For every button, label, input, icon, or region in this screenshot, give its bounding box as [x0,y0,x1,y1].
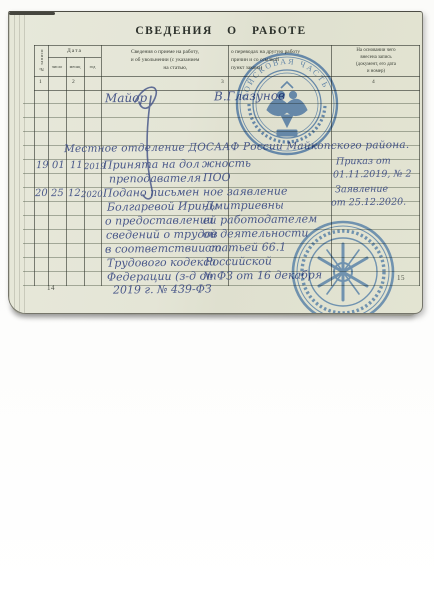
record-20-text: о предоставлении [105,213,214,227]
cover-corner-shadow [9,12,55,15]
record-20-text: сведений о трудов [106,227,218,241]
header-date: Дата [48,45,101,57]
record-19-basis: Приказ от [336,156,391,168]
record-20-text: Российской [205,255,272,269]
star-emblem-icon [319,244,367,300]
col-number-3: 3 [221,79,224,85]
record-19-text: Принята на дол [103,157,200,171]
record-20-year: 2020 [81,190,103,200]
record-20-basis: от 25.12.2020. [331,197,406,209]
grid-line [419,45,420,286]
header-record-no: № записи [34,45,48,76]
round-stamp-top: ВОЙСКОВАЯ ЧАСТЬ [231,48,343,160]
record-20-text: статьей 66.1 [205,241,286,255]
grid-line [66,57,67,286]
header-date-month: месяц [66,57,84,76]
record-20-text: ное заявление [203,184,288,198]
record-19-day: 01 [52,160,65,171]
record-19-basis: 01.11.2019, № 2 [333,169,412,181]
round-stamp-bottom [287,216,399,314]
work-record-book-spread: СВЕДЕНИЯ О РАБОТЕ № записи Дата число [8,11,423,314]
record-20-month: 12 [68,188,81,199]
record-20-text: Подано письмен [103,185,199,199]
double-eagle-emblem-icon [267,82,307,136]
header-date-year: год [84,57,101,76]
header-basis: На основании чего внесена запись (докуме… [333,46,419,76]
record-19-text: преподавателя [109,171,201,185]
record-20-text: 2019 г. № 439-ФЗ [113,282,212,296]
scanned-photo: СВЕДЕНИЯ О РАБОТЕ № записи Дата число [0,0,434,597]
record-20-text: Болгаревой Ирины [107,199,218,213]
page-title: СВЕДЕНИЯ О РАБОТЕ [101,25,341,37]
grid-line [34,45,35,286]
grid-line [34,76,420,77]
record-20-text: Федерации (з-д от [107,269,217,283]
header-info-left: Сведения о приеме на работу, и об увольн… [104,46,226,76]
record-20-basis: Заявление [335,184,388,196]
record-20-number: 20 [35,188,48,199]
col-number-2: 2 [72,79,75,85]
record-20-day: 25 [51,188,64,199]
col-number-4: 4 [372,79,375,85]
page-number-left: 14 [47,284,55,292]
record-20-text: Трудового кодекса [107,255,216,269]
header-date-day: число [48,57,66,76]
record-19-month: 11 [70,160,83,171]
col-number-1: 1 [39,79,42,85]
record-19-number: 19 [36,160,49,171]
record-19-text: ПОО [203,171,231,184]
record-20-text: Дмитриевны [205,199,284,213]
